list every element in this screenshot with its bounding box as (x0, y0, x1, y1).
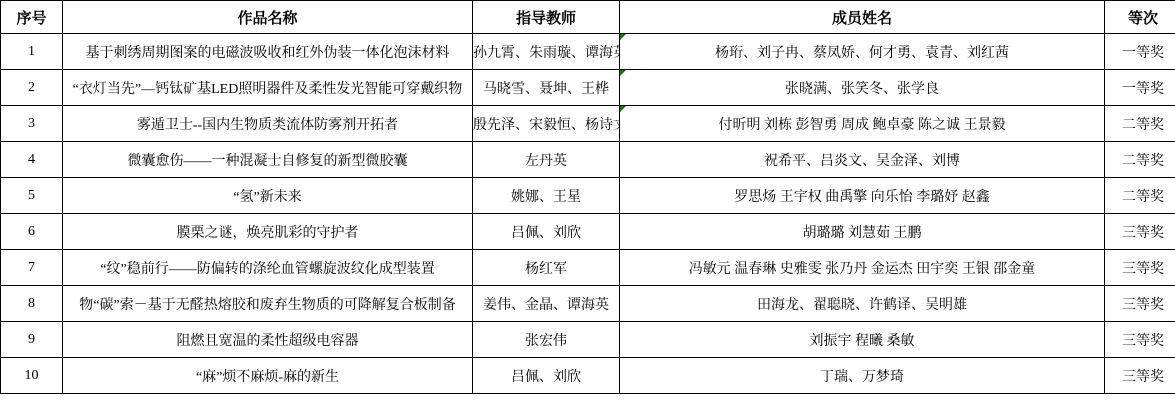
cell-members[interactable]: 张晓满、张笑冬、张学良 (620, 70, 1105, 106)
cell-no[interactable]: 9 (1, 322, 63, 358)
cell-teachers[interactable]: 马晓雪、聂坤、王桦 (473, 70, 620, 106)
cell-title[interactable]: 阻燃且宽温的柔性超级电容器 (63, 322, 473, 358)
cell-no[interactable]: 8 (1, 286, 63, 322)
cell-members[interactable]: 杨珩、刘子冉、蔡凤娇、何才勇、袁青、刘红茜 (620, 34, 1105, 70)
table-row: 10 “麻”烦不麻烦-麻的新生 吕佩、刘欣 丁瑞、万梦琦 三等奖 (1, 358, 1175, 394)
cell-no[interactable]: 1 (1, 34, 63, 70)
cell-title[interactable]: 雾遁卫士--国内生物质类流体防雾剂开拓者 (63, 106, 473, 142)
cell-no[interactable]: 2 (1, 70, 63, 106)
cell-no[interactable]: 6 (1, 214, 63, 250)
cell-rank[interactable]: 三等奖 (1105, 250, 1175, 286)
cell-members[interactable]: 付昕明 刘栋 彭智勇 周成 鲍卓豪 陈之诚 王景毅 (620, 106, 1105, 142)
comment-flag-icon (620, 34, 626, 40)
cell-members[interactable]: 田海龙、翟聪晓、许鹤译、吴明雄 (620, 286, 1105, 322)
cell-title[interactable]: 基于刺绣周期图案的电磁波吸收和红外伪装一体化泡沫材料 (63, 34, 473, 70)
header-cell-members[interactable]: 成员姓名 (620, 1, 1105, 34)
table-row: 6 膜栗之谜，焕亮肌彩的守护者 吕佩、刘欣 胡璐璐 刘慧茹 王鹏 三等奖 (1, 214, 1175, 250)
header-cell-no[interactable]: 序号 (1, 1, 63, 34)
cell-rank[interactable]: 一等奖 (1105, 70, 1175, 106)
awards-grid: 序号 作品名称 指导教师 成员姓名 等次 1 基于刺绣周期图案的电磁波吸收和红外… (0, 0, 1175, 394)
members-text: 付昕明 刘栋 彭智勇 周成 鲍卓豪 陈之诚 王景毅 (719, 118, 1006, 133)
header-cell-teachers[interactable]: 指导教师 (473, 1, 620, 34)
table-row: 5 “氢”新未来 姚娜、王星 罗思炀 王宇权 曲禹擎 向乐怡 李璐妤 赵鑫 二等… (1, 178, 1175, 214)
comment-flag-icon (620, 70, 626, 76)
cell-teachers[interactable]: 左丹英 (473, 142, 620, 178)
cell-members[interactable]: 罗思炀 王宇权 曲禹擎 向乐怡 李璐妤 赵鑫 (620, 178, 1105, 214)
cell-members[interactable]: 刘振宇 程曦 桑敏 (620, 322, 1105, 358)
cell-rank[interactable]: 三等奖 (1105, 322, 1175, 358)
cell-rank[interactable]: 二等奖 (1105, 178, 1175, 214)
cell-no[interactable]: 3 (1, 106, 63, 142)
cell-no[interactable]: 5 (1, 178, 63, 214)
table-row: 1 基于刺绣周期图案的电磁波吸收和红外伪装一体化泡沫材料 孙九霄、朱雨璇、谭海英… (1, 34, 1175, 70)
cell-teachers[interactable]: 杨红军 (473, 250, 620, 286)
header-cell-title[interactable]: 作品名称 (63, 1, 473, 34)
cell-title[interactable]: “氢”新未来 (63, 178, 473, 214)
cell-rank[interactable]: 三等奖 (1105, 358, 1175, 394)
cell-title[interactable]: “纹”稳前行——防偏转的涤纶血管螺旋波纹化成型装置 (63, 250, 473, 286)
cell-rank[interactable]: 三等奖 (1105, 286, 1175, 322)
cell-no[interactable]: 7 (1, 250, 63, 286)
cell-title[interactable]: “麻”烦不麻烦-麻的新生 (63, 358, 473, 394)
cell-teachers[interactable]: 吕佩、刘欣 (473, 214, 620, 250)
cell-members[interactable]: 祝希平、吕炎文、吴金泽、刘博 (620, 142, 1105, 178)
awards-table: 序号 作品名称 指导教师 成员姓名 等次 1 基于刺绣周期图案的电磁波吸收和红外… (0, 0, 1175, 401)
members-text: 杨珩、刘子冉、蔡凤娇、何才勇、袁青、刘红茜 (715, 46, 1009, 61)
table-row: 4 微囊愈伤——一种混凝士自修复的新型微胶囊 左丹英 祝希平、吕炎文、吴金泽、刘… (1, 142, 1175, 178)
cell-members[interactable]: 胡璐璐 刘慧茹 王鹏 (620, 214, 1105, 250)
header-row: 序号 作品名称 指导教师 成员姓名 等次 (1, 1, 1175, 34)
table-row: 8 物“碳”索－基于无醛热熔胶和废弃生物质的可降解复合板制备 姜伟、金晶、谭海英… (1, 286, 1175, 322)
cell-no[interactable]: 10 (1, 358, 63, 394)
cell-members[interactable]: 丁瑞、万梦琦 (620, 358, 1105, 394)
cell-teachers[interactable]: 殷先泽、宋毅恒、杨诗文 (473, 106, 620, 142)
cell-rank[interactable]: 二等奖 (1105, 142, 1175, 178)
cell-rank[interactable]: 三等奖 (1105, 214, 1175, 250)
cell-members[interactable]: 冯敏元 温春琳 史雅雯 张乃丹 金运杰 田宇奕 王银 邵金童 (620, 250, 1105, 286)
table-row: 3 雾遁卫士--国内生物质类流体防雾剂开拓者 殷先泽、宋毅恒、杨诗文 付昕明 刘… (1, 106, 1175, 142)
comment-flag-icon (620, 106, 626, 112)
table-row: 2 “衣灯当先”—钙钛矿基LED照明器件及柔性发光智能可穿戴织物 马晓雪、聂坤、… (1, 70, 1175, 106)
members-text: 张晓满、张笑冬、张学良 (785, 82, 939, 97)
cell-teachers[interactable]: 吕佩、刘欣 (473, 358, 620, 394)
table-row: 9 阻燃且宽温的柔性超级电容器 张宏伟 刘振宇 程曦 桑敏 三等奖 (1, 322, 1175, 358)
table-row: 7 “纹”稳前行——防偏转的涤纶血管螺旋波纹化成型装置 杨红军 冯敏元 温春琳 … (1, 250, 1175, 286)
cell-title[interactable]: “衣灯当先”—钙钛矿基LED照明器件及柔性发光智能可穿戴织物 (63, 70, 473, 106)
header-cell-rank[interactable]: 等次 (1105, 1, 1175, 34)
cell-rank[interactable]: 一等奖 (1105, 34, 1175, 70)
cell-teachers[interactable]: 张宏伟 (473, 322, 620, 358)
cell-no[interactable]: 4 (1, 142, 63, 178)
cell-title[interactable]: 膜栗之谜，焕亮肌彩的守护者 (63, 214, 473, 250)
cell-teachers[interactable]: 孙九霄、朱雨璇、谭海英 (473, 34, 620, 70)
cell-teachers[interactable]: 姜伟、金晶、谭海英 (473, 286, 620, 322)
cell-title[interactable]: 物“碳”索－基于无醛热熔胶和废弃生物质的可降解复合板制备 (63, 286, 473, 322)
cell-teachers[interactable]: 姚娜、王星 (473, 178, 620, 214)
cell-rank[interactable]: 二等奖 (1105, 106, 1175, 142)
cell-title[interactable]: 微囊愈伤——一种混凝士自修复的新型微胶囊 (63, 142, 473, 178)
